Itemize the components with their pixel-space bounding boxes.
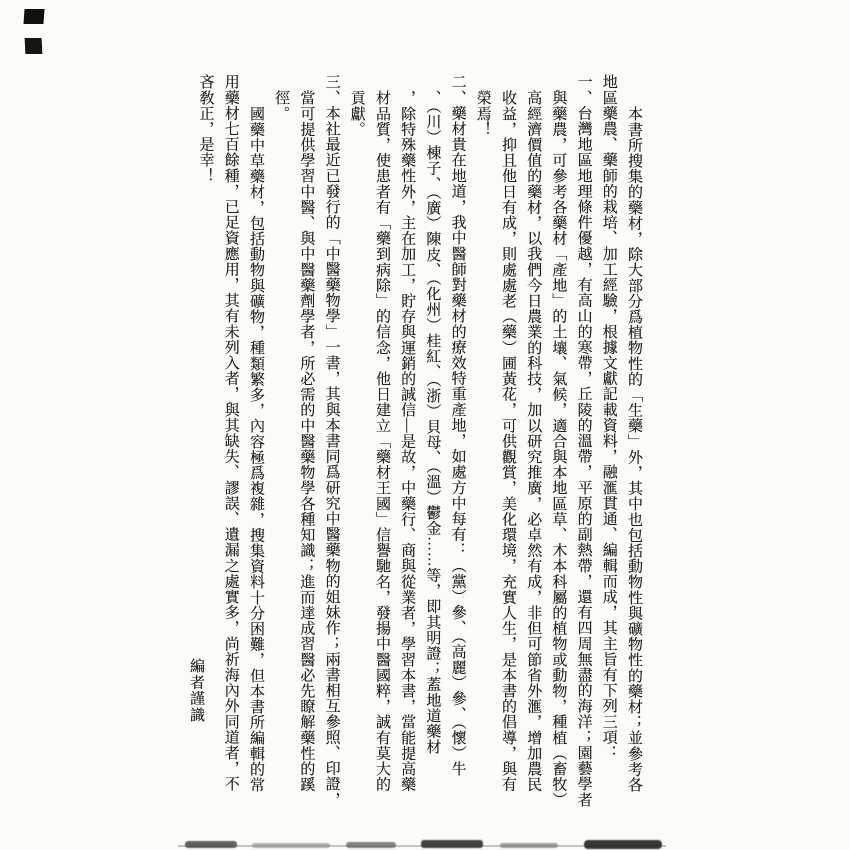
text-column: ，除特殊藥性外，主在加工，貯存與運銷的誠信—是故，中藥行、商與從業者，學習本書，… — [394, 74, 419, 811]
text-column: 國藥中草藥材，包括動物與礦物，種類繁多，內容極爲複雜，搜集資料十分困難，但本書所… — [243, 74, 268, 811]
text-column: 高經濟價值的藥材，以我們今日農業的科技，加以研究推廣，必卓然有成，非但可節省外滙… — [520, 74, 545, 811]
text-column: 三、本社最近已發行的「中醫藥物學」一書，其與本書同爲研究中醫藥物的姐妹作；兩書相… — [318, 74, 343, 811]
text-column: 收益，抑且他日有成，則處處老（藥）圃黃花，可供觀賞，美化環境，充實人生，是本書的… — [495, 74, 520, 811]
text-column: 二、藥材貴在地道，我中醫師對藥材的療效特重產地，如處方中每有：（黨）參、（高麗）… — [444, 74, 469, 811]
scan-edge-artifact — [185, 841, 237, 848]
text-column: 、（川）棟子、（廣）陳皮、（化州）桂紅、（浙）貝母、（溫）鬱金……等，即其明證；… — [419, 74, 444, 811]
scan-edge-artifact — [584, 840, 662, 849]
text-column: 與藥農，可參考各藥材「產地」的土壤、氣候，適合與本地區草、木本科屬的植物或動物，… — [545, 74, 570, 811]
scan-edge-artifact — [500, 843, 558, 848]
scan-edge-artifact — [346, 842, 396, 848]
scan-registration-mark — [23, 9, 44, 24]
scanned-page: 本書所搜集的藥材，除大部分爲植物性的「生藥」外，其中也包括動物性與礦物性的藥材；… — [0, 0, 850, 850]
text-column: 當可提供學習中醫、與中醫藥劑學者，所必需的中醫藥物學各種知識；進而達成習醫必先瞭… — [293, 74, 318, 811]
editor-signature: 編者謹識 — [186, 658, 207, 723]
text-column: 本書所搜集的藥材，除大部分爲植物性的「生藥」外，其中也包括動物性與礦物性的藥材；… — [621, 74, 646, 811]
text-column: 榮焉！ — [470, 74, 495, 811]
text-column: 地區藥農、藥師的栽培、加工經驗，根據文獻記載資料，融滙貫通、編輯而成，其主旨有下… — [596, 74, 621, 811]
text-column: 貢獻。 — [344, 74, 369, 811]
text-column: 一、台灣地區地理條件優越，有高山的寒帶，丘陵的溫帶，平原的副熱帶，還有四周無盡的… — [570, 74, 595, 811]
preface-body: 本書所搜集的藥材，除大部分爲植物性的「生藥」外，其中也包括動物性與礦物性的藥材；… — [192, 74, 646, 811]
text-column: 材品質，使患者有「藥到病除」的信念，他日建立「藥材王國」信譽馳名，發揚中醫國粹，… — [369, 74, 394, 811]
text-column: 徑。 — [268, 74, 293, 811]
scan-registration-mark — [25, 38, 43, 54]
scan-edge-artifact — [252, 843, 330, 848]
scan-edge-artifact — [421, 840, 483, 848]
text-column: 用藥材七百餘種，已足資應用，其有未列入者，與其缺失、謬誤、遺漏之處實多，尚祈海內… — [218, 74, 243, 811]
